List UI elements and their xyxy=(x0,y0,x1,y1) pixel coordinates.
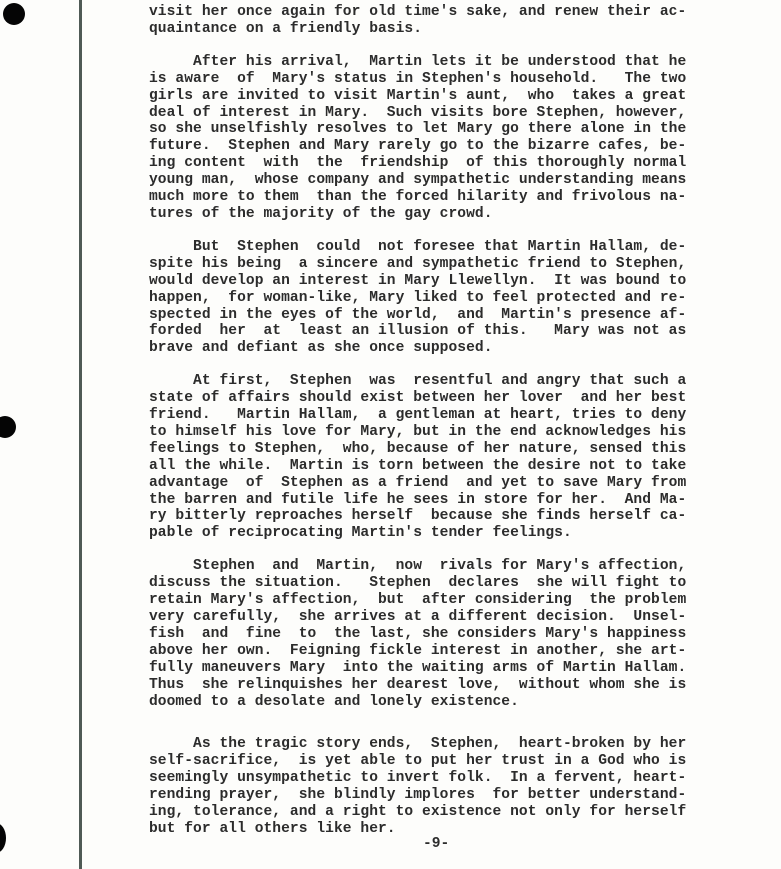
paragraph: After his arrival, Martin lets it be und… xyxy=(149,54,739,223)
paragraph: As the tragic story ends, Stephen, heart… xyxy=(149,736,739,837)
punch-hole xyxy=(3,3,25,25)
margin-rule xyxy=(79,0,82,869)
punch-hole xyxy=(0,416,16,438)
paragraph: But Stephen could not foresee that Marti… xyxy=(149,239,739,357)
page-number: -9- xyxy=(423,836,449,852)
paragraph: Stephen and Martin, now rivals for Mary'… xyxy=(149,558,739,710)
punch-hole xyxy=(0,823,6,853)
paragraph: At first, Stephen was resentful and angr… xyxy=(149,373,739,542)
document-body: visit her once again for old time's sake… xyxy=(149,4,739,838)
paragraph: visit her once again for old time's sake… xyxy=(149,4,739,38)
